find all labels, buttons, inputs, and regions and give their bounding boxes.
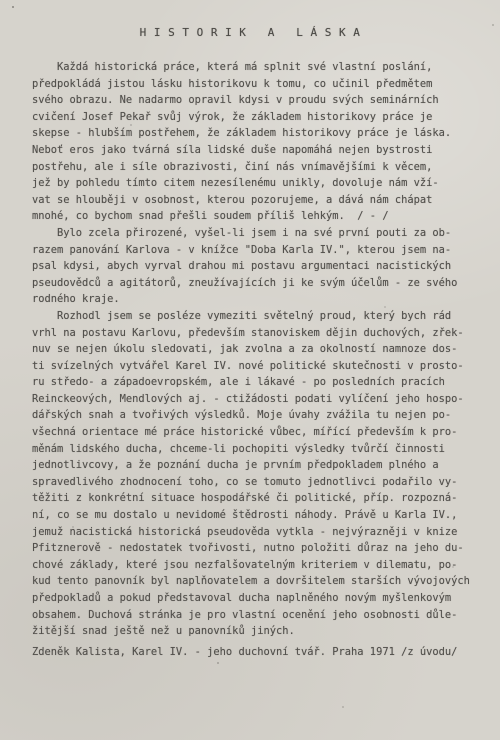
- paragraph-3: Rozhodl jsem se posléze vymeziti světeln…: [32, 308, 474, 640]
- paragraph-2: Bylo zcela přirozené, vyšel-li jsem i na…: [32, 225, 474, 308]
- document-title: H I S T O R I K A L Á S K A: [32, 26, 468, 39]
- citation-line: Zdeněk Kalista, Karel IV. - jeho duchovn…: [32, 644, 474, 661]
- paragraph-1: Každá historická práce, která má splnit …: [32, 59, 474, 225]
- paper-texture: [12, 6, 14, 8]
- document-page: H I S T O R I K A L Á S K A Každá histor…: [0, 0, 500, 740]
